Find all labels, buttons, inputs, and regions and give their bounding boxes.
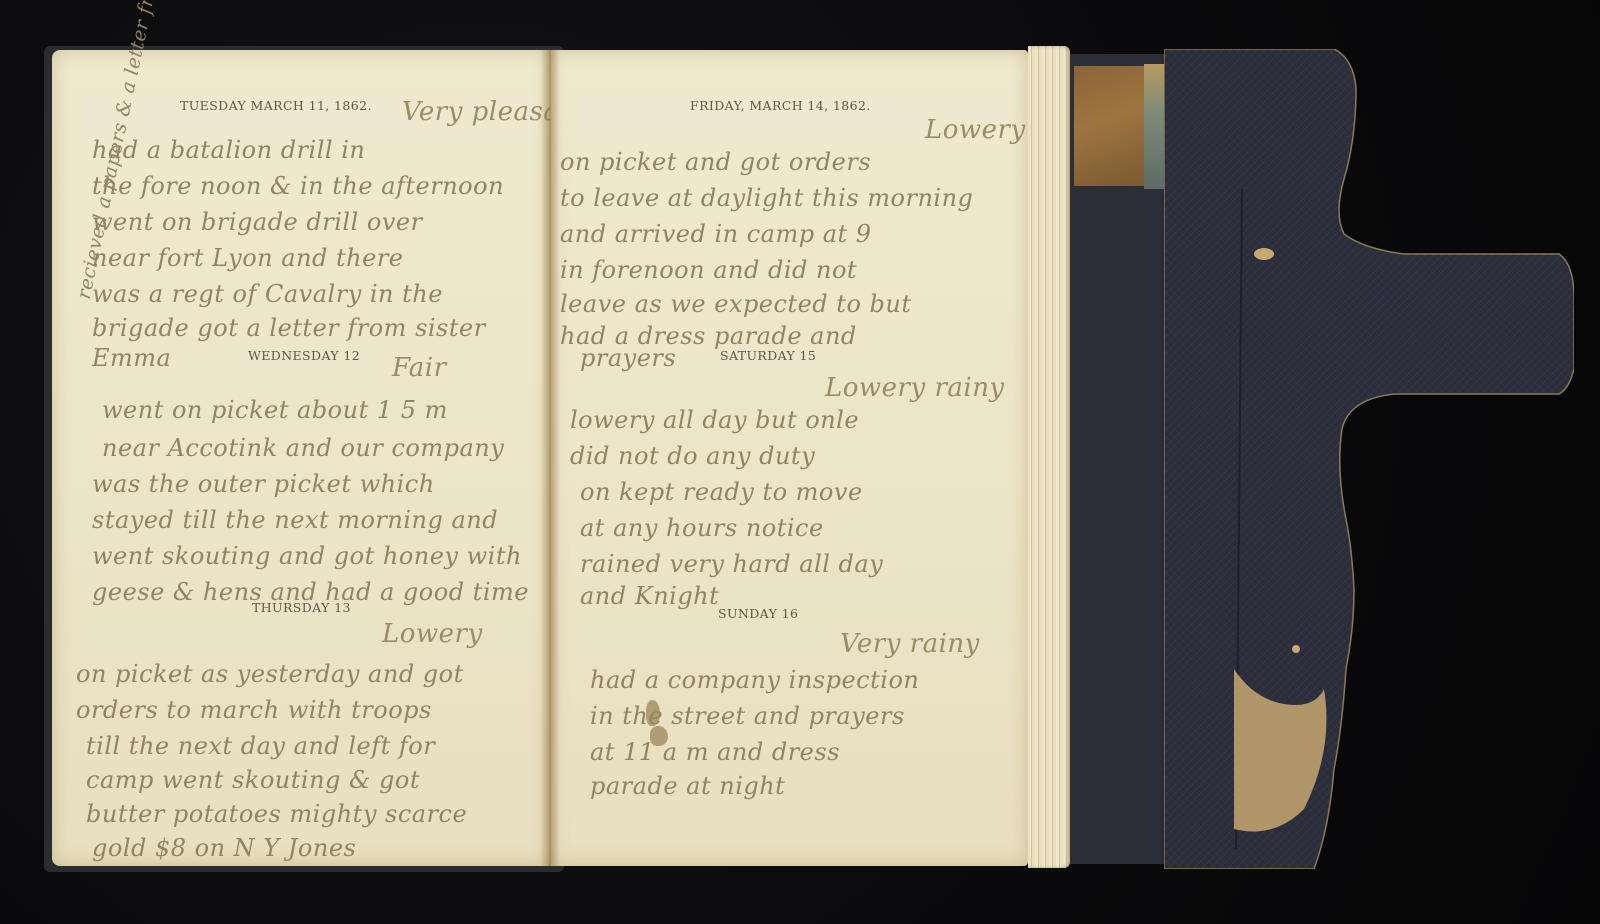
entry-line: on kept ready to move xyxy=(580,474,863,510)
flap-shape xyxy=(1164,49,1574,869)
entry-line: went skouting and got honey with xyxy=(92,538,522,574)
entry-line: was a regt of Cavalry in the xyxy=(92,276,443,312)
weather-note-sunday: Very rainy xyxy=(840,626,980,662)
weather-note-thursday: Lowery xyxy=(382,616,483,652)
spine-edge xyxy=(1144,64,1166,189)
weather-note-saturday: Lowery rainy xyxy=(825,370,1005,406)
entry-line: near fort Lyon and there xyxy=(92,240,404,276)
entry-line: stayed till the next morning and xyxy=(92,502,498,538)
entry-line: butter potatoes mighty scarce xyxy=(86,796,467,832)
date-header-tuesday: TUESDAY MARCH 11, 1862. xyxy=(180,98,372,113)
entry-line: the fore noon & in the afternoon xyxy=(92,168,504,204)
entry-line: camp went skouting & got xyxy=(86,762,420,798)
wallet-flap xyxy=(1164,49,1574,869)
entry-line: had a company inspection xyxy=(590,662,919,698)
entry-line: gold $8 on N Y Jones xyxy=(92,830,356,866)
ink-stain xyxy=(646,700,660,726)
entry-line: in the street and prayers xyxy=(590,698,905,734)
entry-line: to leave at daylight this morning xyxy=(560,180,973,216)
entry-line: rained very hard all day xyxy=(580,546,883,582)
entry-line: leave as we expected to but xyxy=(560,286,911,322)
page-gutter xyxy=(540,50,560,866)
entry-line: at 11 a m and dress xyxy=(590,734,840,770)
diary-spread: recieved a papers & a letter from a ... … xyxy=(44,44,1574,874)
entry-line: near Accotink and our company xyxy=(102,430,504,466)
entry-line: on picket as yesterday and got xyxy=(76,656,464,692)
entry-line: till the next day and left for xyxy=(86,728,435,764)
weather-note-wednesday: Fair xyxy=(392,350,447,386)
weather-note-friday: Lowery xyxy=(925,112,1026,148)
date-header-wednesday: WEDNESDAY 12 xyxy=(248,348,360,363)
entry-line: and arrived in camp at 9 xyxy=(560,216,872,252)
entry-line: orders to march with troops xyxy=(76,692,432,728)
entry-line: in forenoon and did not xyxy=(560,252,857,288)
entry-line: parade at night xyxy=(590,768,785,804)
date-header-thursday: THURSDAY 13 xyxy=(252,600,351,615)
entry-line: prayers xyxy=(580,340,676,376)
entry-line: went on brigade drill over xyxy=(92,204,423,240)
left-page: recieved a papers & a letter from a ... … xyxy=(52,50,550,866)
date-header-friday: FRIDAY, MARCH 14, 1862. xyxy=(690,98,871,113)
entry-line: went on picket about 1 5 m xyxy=(102,392,448,428)
entry-line: on picket and got orders xyxy=(560,144,871,180)
page-edges xyxy=(1028,46,1070,868)
exposed-board xyxy=(1074,66,1144,186)
entry-line: Emma xyxy=(92,340,171,376)
entry-line: had a batalion drill in xyxy=(92,132,365,168)
entry-line: at any hours notice xyxy=(580,510,824,546)
entry-line: and Knight xyxy=(580,578,719,614)
date-header-saturday: SATURDAY 15 xyxy=(720,348,816,363)
right-page: FRIDAY, MARCH 14, 1862. Lowery on picket… xyxy=(550,50,1028,866)
ink-stain xyxy=(650,726,668,746)
entry-line: was the outer picket which xyxy=(92,466,435,502)
date-header-sunday: SUNDAY 16 xyxy=(718,606,798,621)
entry-line: did not do any duty xyxy=(570,438,815,474)
entry-line: lowery all day but onle xyxy=(570,402,859,438)
